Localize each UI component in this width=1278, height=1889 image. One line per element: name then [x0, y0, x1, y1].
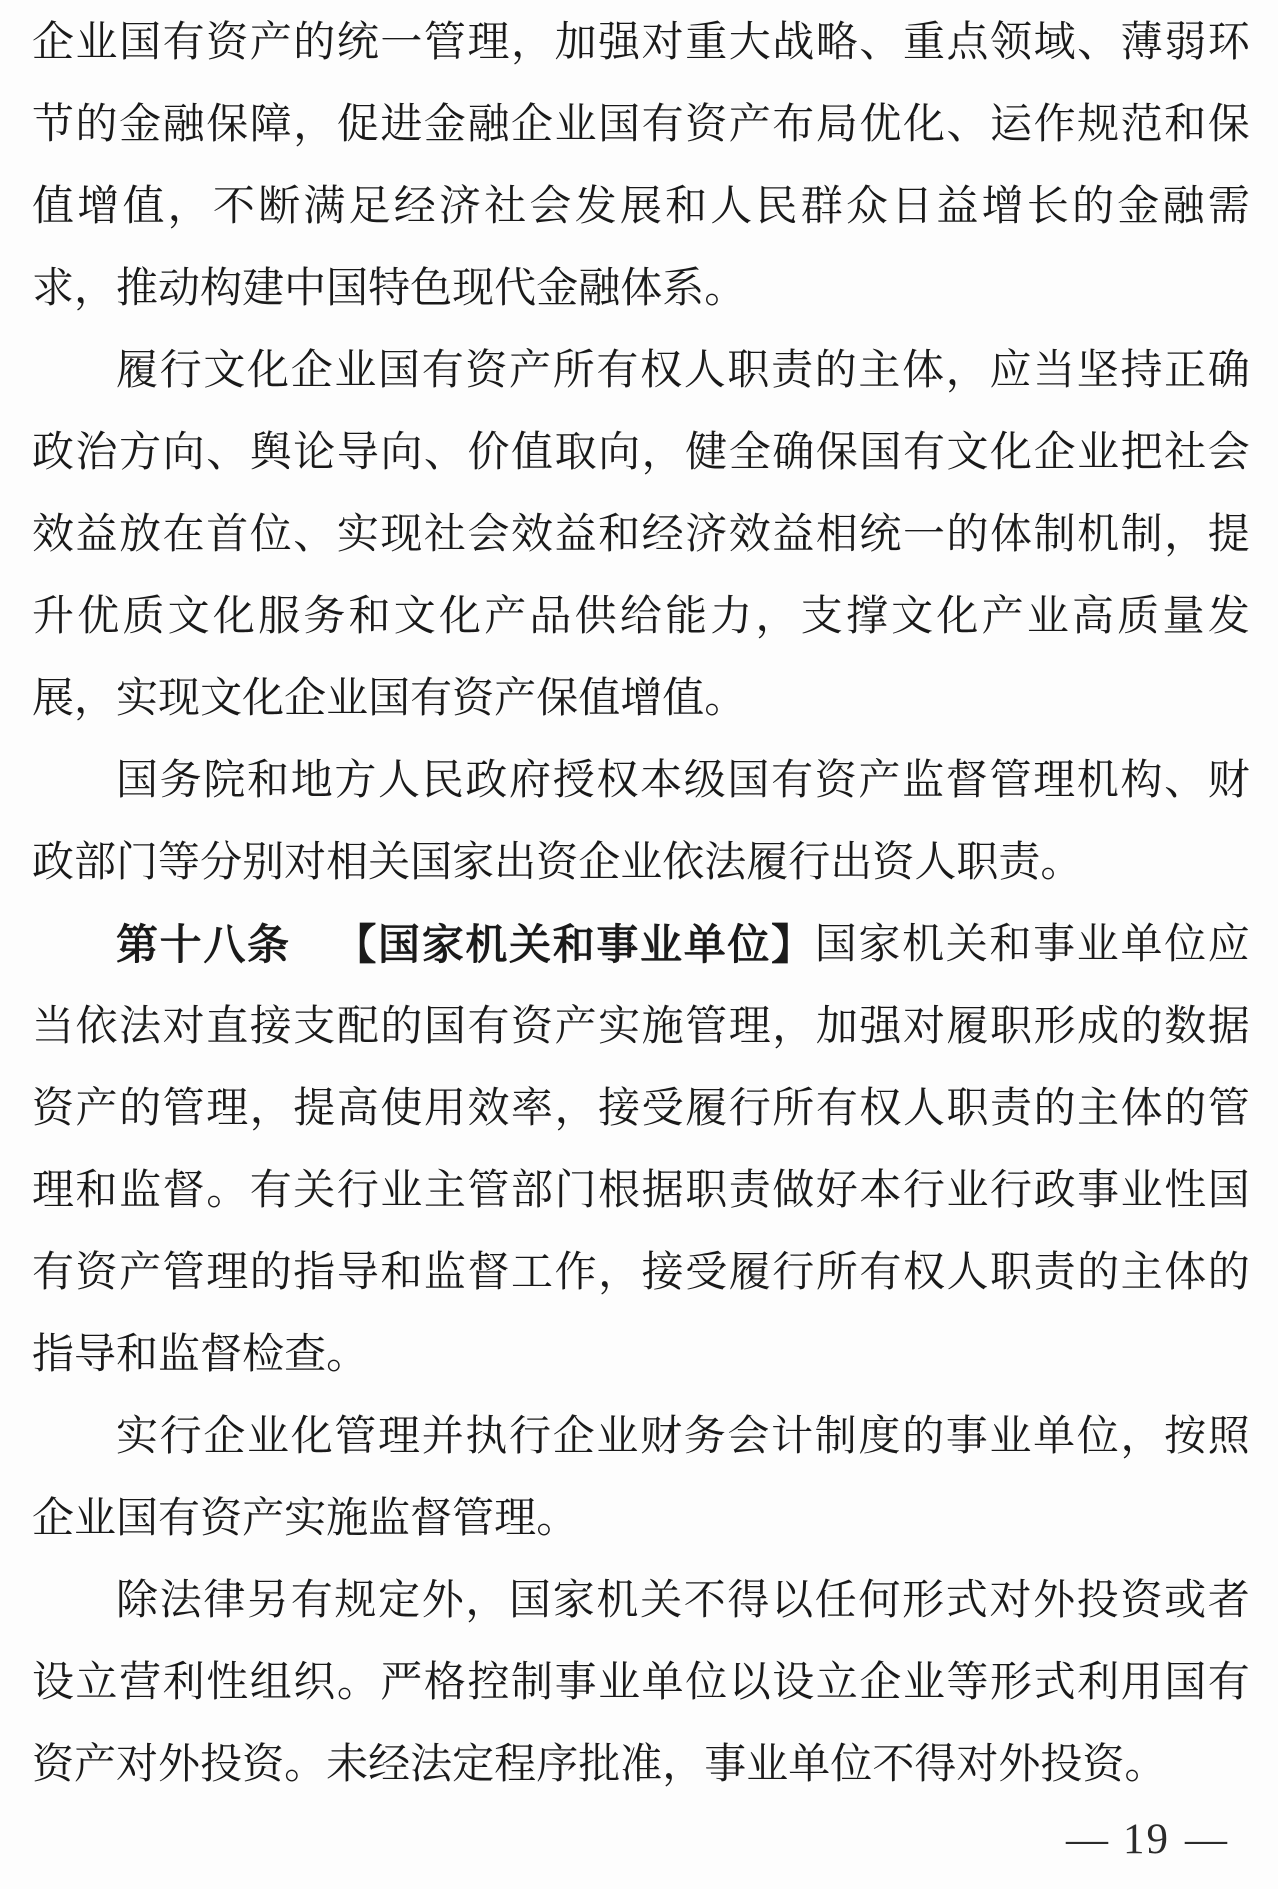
char: 督: [467, 1252, 509, 1294]
char: 制: [1034, 514, 1076, 556]
char: 导: [337, 432, 379, 474]
char: 式: [1034, 1662, 1076, 1704]
char: 导: [337, 1252, 379, 1294]
char: 的: [902, 1416, 944, 1458]
char: ，: [555, 1088, 597, 1130]
char: 定: [452, 1744, 494, 1786]
char: 升: [32, 596, 74, 638]
char: 督: [200, 1334, 242, 1376]
text-line: 国务院和地方人民政府授权本级国有资产监督管理机构、财: [32, 740, 1250, 822]
char: 理: [494, 1498, 536, 1540]
char: 断: [258, 186, 300, 228]
char: 特: [368, 268, 410, 310]
char: 责: [990, 1088, 1032, 1130]
char: 资: [32, 1088, 74, 1130]
char: 执: [465, 1416, 507, 1458]
char: 关: [946, 924, 988, 966]
char: ，: [250, 1088, 292, 1130]
char: 资: [32, 1744, 74, 1786]
char: ，: [74, 678, 116, 720]
char: 业: [247, 1416, 289, 1458]
char: 弱: [1164, 22, 1206, 64]
char: 监: [119, 1170, 161, 1212]
char: 当: [32, 1006, 74, 1048]
char: 国: [509, 1580, 551, 1622]
char: 人: [684, 350, 726, 392]
text-line: 除法律另有规定外，国家机关不得以任何形式对外投资或者: [32, 1560, 1250, 1642]
char: 设: [32, 1662, 74, 1704]
char: 经: [368, 1744, 410, 1786]
char: 有: [771, 760, 813, 802]
footer-dash-right: —: [1185, 1819, 1227, 1861]
char: 展: [620, 186, 662, 228]
char: 资: [872, 842, 914, 884]
char: 产: [76, 1088, 118, 1130]
char: 有: [158, 1498, 200, 1540]
char: 条: [247, 924, 289, 966]
char: 监: [902, 760, 944, 802]
char: 企: [203, 1416, 245, 1458]
char: 事: [596, 924, 638, 966]
char: 权: [596, 760, 638, 802]
char: ，: [465, 1580, 507, 1622]
char: 企: [284, 678, 326, 720]
char: 放: [119, 514, 161, 556]
char: 业: [620, 842, 662, 884]
char: 企: [859, 1662, 901, 1704]
char: 行: [160, 1416, 202, 1458]
char: 、: [1164, 760, 1206, 802]
char: 对: [903, 1006, 945, 1048]
char: 产: [74, 1744, 116, 1786]
char: 益: [772, 514, 814, 556]
char: 化: [213, 596, 255, 638]
char: 控: [467, 1662, 509, 1704]
char: 据: [642, 1170, 684, 1212]
char: 权: [859, 1088, 901, 1130]
char: 管: [1208, 1088, 1250, 1130]
char: 计: [771, 1416, 813, 1458]
char: 机: [1077, 514, 1119, 556]
char: 产: [982, 596, 1024, 638]
char: 营: [119, 1662, 161, 1704]
char: 地: [291, 760, 333, 802]
char: 有: [422, 350, 464, 392]
char: 府: [509, 760, 551, 802]
char: 管: [163, 1252, 205, 1294]
char: 理: [206, 1088, 248, 1130]
char: 局: [816, 104, 858, 146]
char: 位: [1164, 924, 1206, 966]
char: 的: [815, 350, 857, 392]
char: 值: [511, 432, 553, 474]
char: 务: [303, 596, 345, 638]
char: 】: [771, 924, 813, 966]
char: 国: [1208, 1170, 1250, 1212]
char: 取: [555, 432, 597, 474]
char: 统: [859, 514, 901, 556]
char: 现: [380, 514, 422, 556]
char: 展: [32, 678, 74, 720]
char: 第: [116, 924, 158, 966]
char: 效: [32, 514, 74, 556]
char: 外: [1033, 1580, 1075, 1622]
char: 位: [250, 514, 292, 556]
char: 业: [555, 104, 597, 146]
char: 单: [788, 1744, 830, 1786]
char: 融: [163, 104, 205, 146]
char: 撑: [846, 596, 888, 638]
char: 的: [1034, 1088, 1076, 1130]
char: 职: [946, 1088, 988, 1130]
char: 投: [1040, 1744, 1082, 1786]
char: ，: [74, 268, 116, 310]
char: 向: [380, 432, 422, 474]
char: 济: [439, 186, 481, 228]
char: 在: [163, 514, 205, 556]
char: 业: [1077, 432, 1119, 474]
char: 关: [293, 1170, 335, 1212]
char: 融: [578, 268, 620, 310]
char: 社: [484, 186, 526, 228]
text-line: 资产对外投资。未经法定程序批准，事业单位不得对外投资。: [32, 1724, 1250, 1806]
char: 责: [771, 350, 813, 392]
char: 管: [424, 22, 466, 64]
char: 益: [555, 514, 597, 556]
char: 。: [326, 1334, 368, 1376]
char: 监: [424, 1252, 466, 1294]
char: 接: [598, 1088, 640, 1130]
footer-dash-left: —: [1066, 1819, 1108, 1861]
char: 国: [368, 678, 410, 720]
char: 式: [946, 1580, 988, 1622]
char: 行: [772, 1252, 814, 1294]
char: 履: [946, 1006, 988, 1048]
char: 立: [816, 1662, 858, 1704]
char: 力: [710, 596, 752, 638]
text-line: 当依法对直接支配的国有资产实施管理，加强对履职形成的数据: [32, 986, 1250, 1068]
char: 法: [410, 1744, 452, 1786]
char: 确: [772, 432, 814, 474]
char: 品: [529, 596, 571, 638]
char: 文: [891, 596, 933, 638]
char: 推: [116, 268, 158, 310]
text-line: 第十八条【国家机关和事业单位】国家机关和事业单位应: [32, 904, 1250, 986]
char: 的: [293, 22, 335, 64]
char: 保: [536, 678, 578, 720]
char: 高: [337, 1088, 379, 1130]
char: 职: [956, 842, 998, 884]
char: 关: [640, 1580, 682, 1622]
char: 对: [642, 22, 684, 64]
char: 资: [452, 678, 494, 720]
char: 化: [291, 1416, 333, 1458]
char: 关: [368, 842, 410, 884]
text-line: 节的金融保障，促进金融企业国有资产布局优化、运作规范和保: [32, 84, 1250, 166]
char: 制: [511, 1662, 553, 1704]
char: 和: [380, 1252, 422, 1294]
char: 重: [685, 22, 727, 64]
char: 直: [206, 1006, 248, 1048]
char: 文: [168, 596, 210, 638]
char: 责: [998, 842, 1040, 884]
char: 政: [32, 842, 74, 884]
char: 实: [598, 1006, 640, 1048]
char: 国: [378, 350, 420, 392]
char: 文: [394, 596, 436, 638]
char: 效: [511, 514, 553, 556]
char: 业: [334, 350, 376, 392]
char: 行: [729, 1088, 771, 1130]
char: 管: [989, 760, 1031, 802]
char: 持: [1120, 350, 1162, 392]
char: 现: [452, 268, 494, 310]
char: 构: [200, 268, 242, 310]
char: 业: [1027, 596, 1069, 638]
char: 国: [119, 22, 161, 64]
char: 外: [422, 1580, 464, 1622]
char: 薄: [1121, 22, 1163, 64]
char: 所: [553, 350, 595, 392]
char: 位: [1077, 1416, 1119, 1458]
char: 的: [1072, 186, 1114, 228]
char: 资: [536, 842, 578, 884]
char: 理: [206, 1252, 248, 1294]
char: 促: [337, 104, 379, 146]
char: ，: [511, 22, 553, 64]
char: 和: [247, 760, 289, 802]
char: 用: [1121, 1662, 1163, 1704]
char: 格: [424, 1662, 466, 1704]
char: 实: [337, 514, 379, 556]
char: 的: [946, 514, 988, 556]
char: 。: [337, 1662, 379, 1704]
char: 质: [1117, 596, 1159, 638]
char: 方: [334, 760, 376, 802]
text-line: 有资产管理的指导和监督工作，接受履行所有权人职责的主体的: [32, 1232, 1250, 1314]
char: 据: [1208, 1006, 1250, 1048]
char: 单: [684, 924, 726, 966]
char: 方: [119, 432, 161, 474]
char: 提: [1208, 514, 1250, 556]
char: 理: [467, 22, 509, 64]
char: 八: [203, 924, 245, 966]
char: 体: [1164, 1252, 1206, 1294]
char: 得: [914, 1744, 956, 1786]
char: 政: [32, 432, 74, 474]
char: 督: [946, 760, 988, 802]
char: 产: [555, 1006, 597, 1048]
char: 用: [424, 1088, 466, 1130]
char: 化: [990, 432, 1032, 474]
char: 化: [903, 104, 945, 146]
char: 构: [1120, 760, 1162, 802]
char: 的: [119, 1088, 161, 1130]
char: 经: [394, 186, 436, 228]
char: 机: [596, 1580, 638, 1622]
char: 发: [1208, 596, 1250, 638]
char: 有: [903, 432, 945, 474]
char: 外: [998, 1744, 1040, 1786]
text-line: 值增值，不断满足经济社会发展和人民群众日益增长的金融需: [32, 166, 1250, 248]
char: 或: [1164, 1580, 1206, 1622]
char: 者: [1208, 1580, 1250, 1622]
char: 事: [1077, 1170, 1119, 1212]
char: 益: [76, 514, 118, 556]
char: 现: [158, 678, 200, 720]
char: 国: [859, 432, 901, 474]
char: 职: [990, 1006, 1032, 1048]
char: 理: [729, 1006, 771, 1048]
char: 实: [116, 678, 158, 720]
char: 中: [284, 268, 326, 310]
char: 国: [424, 1006, 466, 1048]
char: 单: [642, 1662, 684, 1704]
char: 准: [620, 1744, 662, 1786]
char: 行: [990, 1170, 1032, 1212]
char: 民: [422, 760, 464, 802]
char: 对: [163, 1006, 205, 1048]
char: 国: [116, 1498, 158, 1540]
text-line: 设立营利性组织。严格控制事业单位以设立企业等形式利用国有: [32, 1642, 1250, 1724]
char: 工: [511, 1252, 553, 1294]
char: 严: [380, 1662, 422, 1704]
char: 任: [815, 1580, 857, 1622]
text-line: 升优质文化服务和文化产品供给能力，支撑文化产业高质量发: [32, 576, 1250, 658]
page-footer: — 19 —: [1066, 1818, 1227, 1861]
char: 有: [859, 1252, 901, 1294]
char: 人: [378, 760, 420, 802]
char: 社: [1164, 432, 1206, 474]
char: 一: [380, 22, 422, 64]
char: 满: [303, 186, 345, 228]
char: 单: [1033, 1416, 1075, 1458]
char: 形: [990, 1662, 1032, 1704]
char: 系: [662, 268, 704, 310]
char: 。: [704, 268, 746, 310]
char: 产: [858, 760, 900, 802]
char: 主: [1121, 1252, 1163, 1294]
char: 有: [596, 350, 638, 392]
char: 成: [1077, 1006, 1119, 1048]
text-line: 效益放在首位、实现社会效益和经济效益相统一的体制机制，提: [32, 494, 1250, 576]
char: 职: [685, 1170, 727, 1212]
char: 定: [378, 1580, 420, 1622]
char: 有: [816, 1088, 858, 1130]
char: 体: [902, 350, 944, 392]
char: 产: [494, 678, 536, 720]
char: 有: [32, 1252, 74, 1294]
char: 业: [326, 678, 368, 720]
char: 和: [1164, 104, 1206, 146]
char: 金: [424, 104, 466, 146]
char: 接: [642, 1252, 684, 1294]
char: ，: [662, 1744, 704, 1786]
char: 动: [158, 268, 200, 310]
char: 支: [293, 1006, 335, 1048]
char: ，: [168, 186, 210, 228]
char: 资: [76, 1252, 118, 1294]
char: 受: [685, 1252, 727, 1294]
char: 舆: [250, 432, 292, 474]
char: 院: [203, 760, 245, 802]
char: 体: [990, 514, 1032, 556]
char: 业: [76, 22, 118, 64]
char: 、: [1077, 22, 1119, 64]
char: 产: [242, 1498, 284, 1540]
char: 国: [116, 760, 158, 802]
char: 保: [816, 432, 858, 474]
char: 社: [424, 514, 466, 556]
char: 益: [936, 186, 978, 228]
char: 出: [830, 842, 872, 884]
char: 授: [553, 760, 595, 802]
char: 价: [467, 432, 509, 474]
char: 国: [378, 924, 420, 966]
text-line: 履行文化企业国有资产所有权人职责的主体，应当坚持正确: [32, 330, 1250, 412]
char: 的: [250, 1252, 292, 1294]
char: 十: [160, 924, 202, 966]
char: 发: [575, 186, 617, 228]
char: 文: [200, 678, 242, 720]
char: 日: [891, 186, 933, 228]
char: 应: [1208, 924, 1250, 966]
char: 产: [729, 104, 771, 146]
char: 部: [74, 842, 116, 884]
char: 对: [989, 1580, 1031, 1622]
char: 和: [598, 514, 640, 556]
char: 本: [859, 1170, 901, 1212]
char: 理: [378, 1416, 420, 1458]
text-line: 实行企业化管理并执行企业财务会计制度的事业单位，按照: [32, 1396, 1250, 1478]
char: 受: [642, 1088, 684, 1130]
char: 利: [163, 1662, 205, 1704]
char: ，: [642, 432, 684, 474]
char: 机: [902, 924, 944, 966]
char: 金: [119, 104, 161, 146]
char: 民: [756, 186, 798, 228]
char: 率: [511, 1088, 553, 1130]
char: 有: [467, 1006, 509, 1048]
char: 门: [116, 842, 158, 884]
char: 济: [685, 514, 727, 556]
char: 法: [119, 1006, 161, 1048]
char: 配: [337, 1006, 379, 1048]
char: 的: [1077, 1252, 1119, 1294]
char: 。: [536, 1498, 578, 1540]
char: 家: [452, 842, 494, 884]
char: 除: [116, 1580, 158, 1622]
char: 指: [293, 1252, 335, 1294]
char: 理: [1033, 760, 1075, 802]
char: 不: [213, 186, 255, 228]
char: ，: [1164, 514, 1206, 556]
char: 正: [1164, 350, 1206, 392]
char: 监: [158, 1334, 200, 1376]
char: 提: [293, 1088, 335, 1130]
char: 量: [1162, 596, 1204, 638]
char: 业: [989, 1416, 1031, 1458]
char: 施: [642, 1006, 684, 1048]
char: 务: [160, 760, 202, 802]
char: 一: [903, 514, 945, 556]
char: 位: [727, 924, 769, 966]
char: 需: [1208, 186, 1250, 228]
char: 业: [1077, 924, 1119, 966]
char: 能: [665, 596, 707, 638]
char: 文: [946, 432, 988, 474]
char: 家: [553, 1580, 595, 1622]
